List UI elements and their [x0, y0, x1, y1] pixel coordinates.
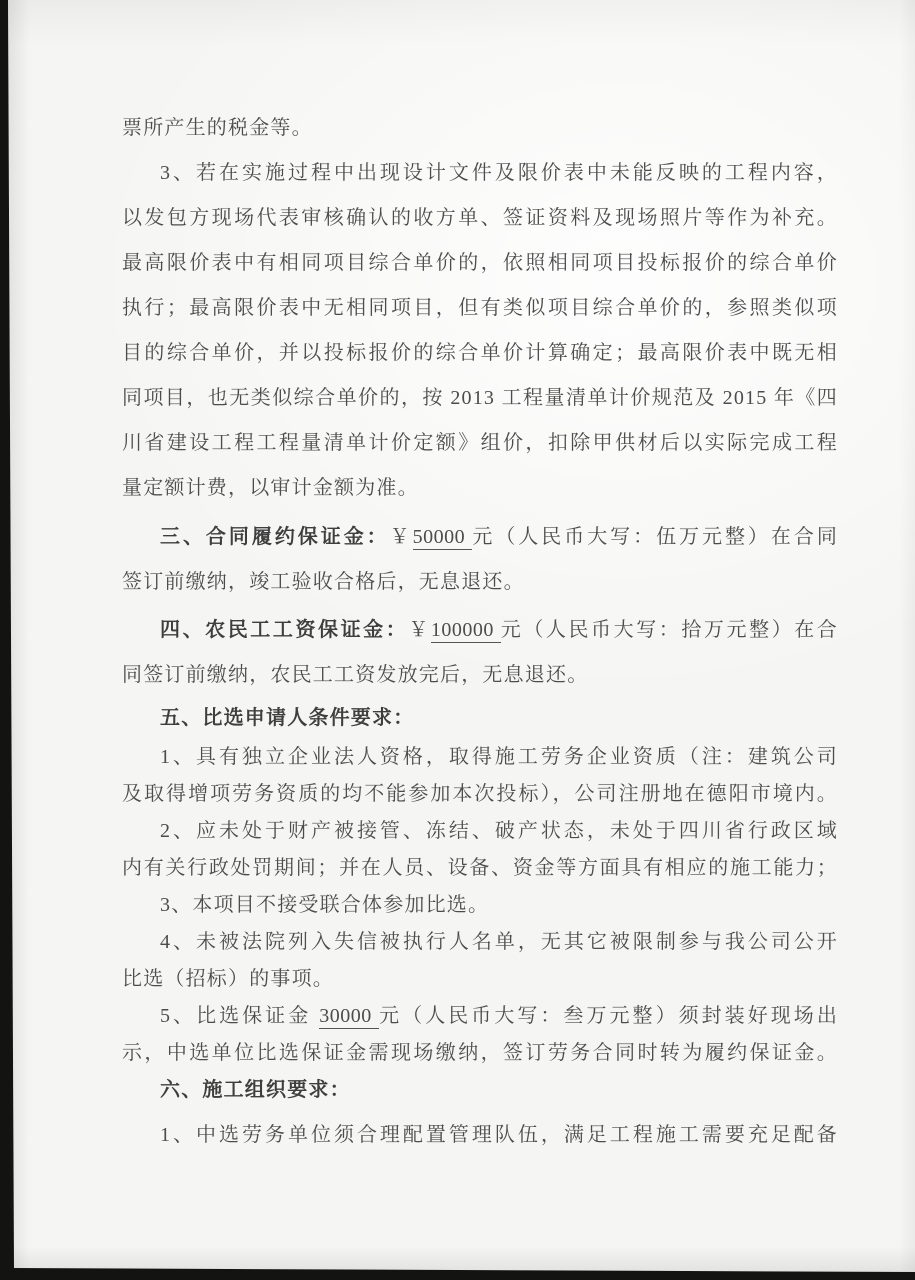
text-line: 示，中选单位比选保证金需现场缴纳，签订劳务合同时转为履约保证金。 — [122, 1035, 838, 1072]
body-text: 比选（招标）的事项。 — [122, 968, 334, 990]
amount-underlined: 50000 — [413, 526, 473, 550]
body-text: 执行；最高限价表中无相同项目，但有类似项目综合单价的，参照类似项 — [122, 297, 838, 319]
document-page: 票所产生的税金等。3、若在实施过程中出现设计文件及限价表中未能反映的工程内容，以… — [0, 0, 915, 1280]
body-text: 量定额计费，以审计金额为准。 — [122, 477, 419, 499]
text-line: 3、若在实施过程中出现设计文件及限价表中未能反映的工程内容， — [122, 151, 838, 196]
text-line: 及取得增项劳务资质的均不能参加本次投标），公司注册地在德阳市境内。 — [122, 776, 838, 813]
paragraph: 3、本项目不接受联合体参加比选。 — [122, 887, 838, 924]
body-text: 4、未被法院列入失信被执行人名单，无其它被限制参与我公司公开 — [160, 931, 838, 953]
body-text: 同签订前缴纳，农民工工资发放完后，无息退还。 — [122, 664, 588, 686]
text-line: 以发包方现场代表审核确认的收方单、签证资料及现场照片等作为补充。 — [122, 196, 838, 241]
text-line: 川省建设工程工程量清单计价定额》组价，扣除甲供材后以实际完成工程 — [122, 421, 838, 466]
section-heading-text: 四、农民工工资保证金： — [160, 619, 408, 641]
text-line: 五、比选申请人条件要求： — [122, 700, 838, 737]
body-text: 内有关行政处罚期间；并在人员、设备、资金等方面具有相应的施工能力； — [122, 857, 838, 879]
text-line: 2、应未处于财产被接管、冻结、破产状态，未处于四川省行政区域 — [122, 813, 838, 850]
text-line: 3、本项目不接受联合体参加比选。 — [122, 887, 838, 924]
body-text: 元（人民币大写：叁万元整）须封装好现场出 — [379, 1005, 838, 1027]
body-text: 最高限价表中有相同项目综合单价的，依照相同项目投标报价的综合单价 — [122, 252, 838, 274]
text-line: 同项目，也无类似综合单价的，按 2013 工程量清单计价规范及 2015 年《四 — [122, 376, 838, 421]
text-line: 票所产生的税金等。 — [122, 106, 838, 151]
text-line: 比选（招标）的事项。 — [122, 961, 838, 998]
amount-underlined: 30000 — [319, 1005, 379, 1029]
section-heading-text: 六、施工组织要求： — [160, 1079, 351, 1101]
paragraph: 1、中选劳务单位须合理配置管理队伍，满足工程施工需要充足配备 — [122, 1113, 838, 1158]
text-line: 1、中选劳务单位须合理配置管理队伍，满足工程施工需要充足配备 — [122, 1113, 838, 1158]
body-text: 签订前缴纳，竣工验收合格后，无息退还。 — [122, 571, 525, 593]
paragraph: 四、农民工工资保证金：￥100000 元（人民币大写：拾万元整）在合同签订前缴纳… — [122, 608, 838, 698]
paragraph: 1、具有独立企业法人资格，取得施工劳务企业资质（注：建筑公司及取得增项劳务资质的… — [122, 739, 838, 813]
paragraph: 4、未被法院列入失信被执行人名单，无其它被限制参与我公司公开比选（招标）的事项。 — [122, 924, 838, 998]
body-text: 同项目，也无类似综合单价的，按 2013 工程量清单计价规范及 2015 年《四 — [122, 387, 838, 409]
text-line: 最高限价表中有相同项目综合单价的，依照相同项目投标报价的综合单价 — [122, 241, 838, 286]
text-line: 三、合同履约保证金：￥50000 元（人民币大写：伍万元整）在合同 — [122, 515, 838, 560]
body-text: 目的综合单价，并以投标报价的综合单价计算确定；最高限价表中既无相 — [122, 342, 838, 364]
text-line: 内有关行政处罚期间；并在人员、设备、资金等方面具有相应的施工能力； — [122, 850, 838, 887]
paragraph: 3、若在实施过程中出现设计文件及限价表中未能反映的工程内容，以发包方现场代表审核… — [122, 151, 838, 511]
body-text: 2、应未处于财产被接管、冻结、破产状态，未处于四川省行政区域 — [160, 820, 838, 842]
paragraph: 5、比选保证金 30000 元（人民币大写：叁万元整）须封装好现场出示，中选单位… — [122, 998, 838, 1072]
paragraph: 2、应未处于财产被接管、冻结、破产状态，未处于四川省行政区域内有关行政处罚期间；… — [122, 813, 838, 887]
body-text: 示，中选单位比选保证金需现场缴纳，签订劳务合同时转为履约保证金。 — [122, 1042, 838, 1064]
amount-underlined: 100000 — [431, 619, 501, 643]
photo-backdrop: 票所产生的税金等。3、若在实施过程中出现设计文件及限价表中未能反映的工程内容，以… — [0, 0, 915, 1280]
text-line: 四、农民工工资保证金：￥100000 元（人民币大写：拾万元整）在合 — [122, 608, 838, 653]
body-text: 票所产生的税金等。 — [122, 117, 313, 139]
body-text: 5、比选保证金 — [160, 1005, 319, 1027]
body-text: 1、具有独立企业法人资格，取得施工劳务企业资质（注：建筑公司 — [160, 746, 838, 768]
body-text: 元（人民币大写：拾万元整）在合 — [501, 619, 838, 641]
text-line: 同签订前缴纳，农民工工资发放完后，无息退还。 — [122, 653, 838, 698]
body-text: 3、若在实施过程中出现设计文件及限价表中未能反映的工程内容， — [160, 162, 838, 184]
body-text: 元（人民币大写：伍万元整）在合同 — [472, 526, 838, 548]
text-line: 签订前缴纳，竣工验收合格后，无息退还。 — [122, 560, 838, 605]
body-text: 及取得增项劳务资质的均不能参加本次投标），公司注册地在德阳市境内。 — [122, 783, 838, 805]
section-heading-text: 五、比选申请人条件要求： — [160, 707, 414, 729]
text-line: 5、比选保证金 30000 元（人民币大写：叁万元整）须封装好现场出 — [122, 998, 838, 1035]
text-line: 1、具有独立企业法人资格，取得施工劳务企业资质（注：建筑公司 — [122, 739, 838, 776]
paragraph: 六、施工组织要求： — [122, 1072, 838, 1109]
document-text: 票所产生的税金等。3、若在实施过程中出现设计文件及限价表中未能反映的工程内容，以… — [122, 106, 838, 1158]
paragraph: 五、比选申请人条件要求： — [122, 700, 838, 737]
paragraph: 三、合同履约保证金：￥50000 元（人民币大写：伍万元整）在合同签订前缴纳，竣… — [122, 515, 838, 605]
body-text: ￥ — [390, 526, 413, 548]
text-line: 量定额计费，以审计金额为准。 — [122, 466, 838, 511]
text-line: 目的综合单价，并以投标报价的综合单价计算确定；最高限价表中既无相 — [122, 331, 838, 376]
paragraph: 票所产生的税金等。 — [122, 106, 838, 151]
body-text: 3、本项目不接受联合体参加比选。 — [160, 894, 489, 916]
section-heading-text: 三、合同履约保证金： — [160, 526, 390, 548]
text-line: 4、未被法院列入失信被执行人名单，无其它被限制参与我公司公开 — [122, 924, 838, 961]
body-text: 以发包方现场代表审核确认的收方单、签证资料及现场照片等作为补充。 — [122, 207, 838, 229]
body-text: 1、中选劳务单位须合理配置管理队伍，满足工程施工需要充足配备 — [160, 1124, 838, 1146]
body-text: 川省建设工程工程量清单计价定额》组价，扣除甲供材后以实际完成工程 — [122, 432, 838, 454]
body-text: ￥ — [408, 619, 431, 641]
text-line: 执行；最高限价表中无相同项目，但有类似项目综合单价的，参照类似项 — [122, 286, 838, 331]
text-line: 六、施工组织要求： — [122, 1072, 838, 1109]
